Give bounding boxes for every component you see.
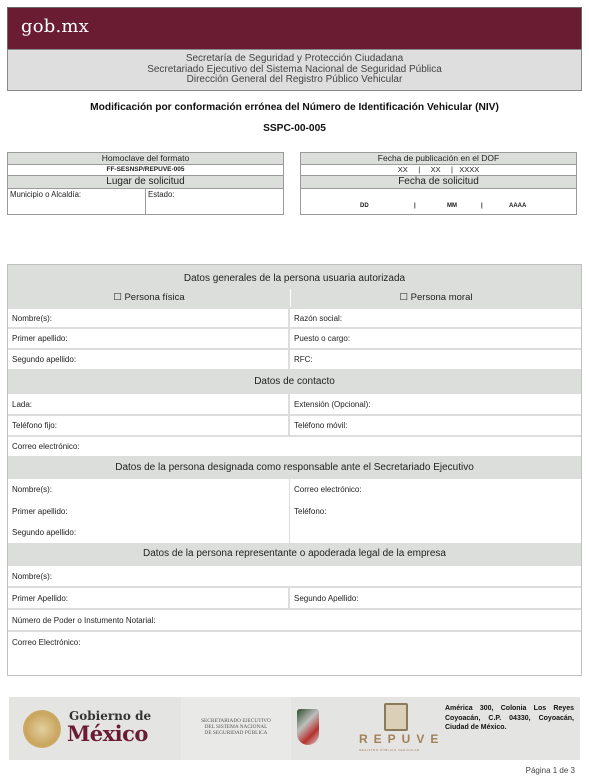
agency-header: Secretaría de Seguridad y Protección Ciu… [7, 49, 582, 91]
sesnsp-line: DE SEGURIDAD PÚBLICA [181, 730, 291, 736]
extension-field[interactable]: Extensión (Opcional): [290, 394, 581, 414]
homoclave-value: FF-SESNSP/REPUVE-005 [8, 165, 283, 176]
format-box: Homoclave del formato FF-SESNSP/REPUVE-0… [7, 152, 284, 215]
date-separator: | [481, 203, 483, 209]
repuve-emblem-icon [384, 703, 408, 731]
responsable-primer-apellido-field[interactable]: Primer apellido: [8, 500, 289, 522]
footer-banner: Gobierno de México SECRETARIADO EJECUTIV… [9, 697, 580, 760]
date-separator: | [414, 203, 416, 209]
date-part-mm: MM [447, 203, 457, 209]
homoclave-label: Homoclave del formato [8, 153, 283, 165]
document-title: Modificación por conformación errónea de… [0, 102, 589, 113]
telefono-movil-field[interactable]: Teléfono móvil: [290, 416, 581, 435]
dof-label: Fecha de publicación en el DOF [301, 153, 576, 165]
poder-notarial-field[interactable]: Número de Poder o Instumento Notarial: [8, 610, 581, 630]
responsable-nombre-field[interactable]: Nombre(s): [8, 479, 289, 500]
date-part-aaaa: AAAA [509, 203, 526, 209]
shield-icon [297, 709, 319, 745]
representante-segundo-apellido-field[interactable]: Segundo Apellido: [290, 588, 581, 608]
form-bottom-spacer [8, 653, 581, 675]
persona-fisica-checkbox[interactable]: ☐ Persona física [8, 289, 291, 307]
mexico-text: México [67, 721, 148, 746]
responsable-correo-field[interactable]: Correo electrónico: [290, 479, 581, 500]
address: América 300, Colonia Los Reyes Coyoacán,… [445, 704, 574, 733]
applicant-form: Datos generales de la persona usuaria au… [7, 264, 582, 676]
representante-primer-apellido-field[interactable]: Primer Apellido: [8, 588, 290, 608]
responsable-empty-cell [290, 522, 581, 543]
section-title: Datos de contacto [8, 371, 581, 393]
agency-line: Secretaría de Seguridad y Protección Ciu… [8, 54, 581, 65]
representante-correo-field[interactable]: Correo Electrónico: [8, 632, 581, 653]
fecha-solicitud-label: Fecha de solicitud [301, 176, 576, 189]
municipio-field[interactable]: Municipio o Alcaldía: [8, 189, 146, 214]
sesnsp-logo: SECRETARIADO EJECUTIVO DEL SISTEMA NACIO… [181, 697, 291, 760]
repuve-logo: REPUVE [359, 732, 444, 746]
dof-value: XX | XX | XXXX [301, 165, 576, 176]
agency-line: Dirección General del Registro Público V… [8, 75, 581, 86]
section-title: Datos de la persona representante o apod… [8, 543, 581, 565]
section-title: Datos de la persona designada como respo… [8, 457, 581, 479]
nombre-field[interactable]: Nombre(s): [8, 309, 290, 327]
national-seal-icon [23, 710, 61, 748]
header-banner: gob.mx [7, 7, 582, 49]
repuve-subtitle: REGISTRO PÚBLICO VEHICULAR [359, 748, 420, 752]
document-code: SSPC-00-005 [0, 123, 589, 134]
date-box: Fecha de publicación en el DOF XX | XX |… [300, 152, 577, 215]
segundo-apellido-field[interactable]: Segundo apellido: [8, 350, 290, 369]
telefono-fijo-field[interactable]: Teléfono fijo: [8, 416, 290, 435]
page-number: Página 1 de 3 [526, 766, 575, 775]
rfc-field[interactable]: RFC: [290, 350, 581, 369]
puesto-field[interactable]: Puesto o cargo: [290, 329, 581, 348]
responsable-telefono-field[interactable]: Teléfono: [290, 500, 581, 522]
fecha-solicitud-field[interactable]: DD | MM | AAAA [301, 189, 576, 214]
section-title: Datos generales de la persona usuaria au… [8, 271, 581, 287]
lada-field[interactable]: Lada: [8, 394, 290, 414]
correo-contacto-field[interactable]: Correo electrónico: [8, 437, 581, 456]
razon-social-field[interactable]: Razón social: [290, 309, 581, 327]
estado-field[interactable]: Estado: [146, 189, 176, 214]
persona-moral-checkbox[interactable]: ☐ Persona moral [291, 289, 581, 307]
gobmx-logo: gob.mx [21, 16, 89, 37]
date-part-dd: DD [360, 203, 369, 209]
lugar-label: Lugar de solicitud [8, 176, 283, 189]
primer-apellido-field[interactable]: Primer apellido: [8, 329, 290, 348]
representante-nombre-field[interactable]: Nombre(s): [8, 566, 581, 586]
responsable-segundo-apellido-field[interactable]: Segundo apellido: [8, 522, 289, 543]
